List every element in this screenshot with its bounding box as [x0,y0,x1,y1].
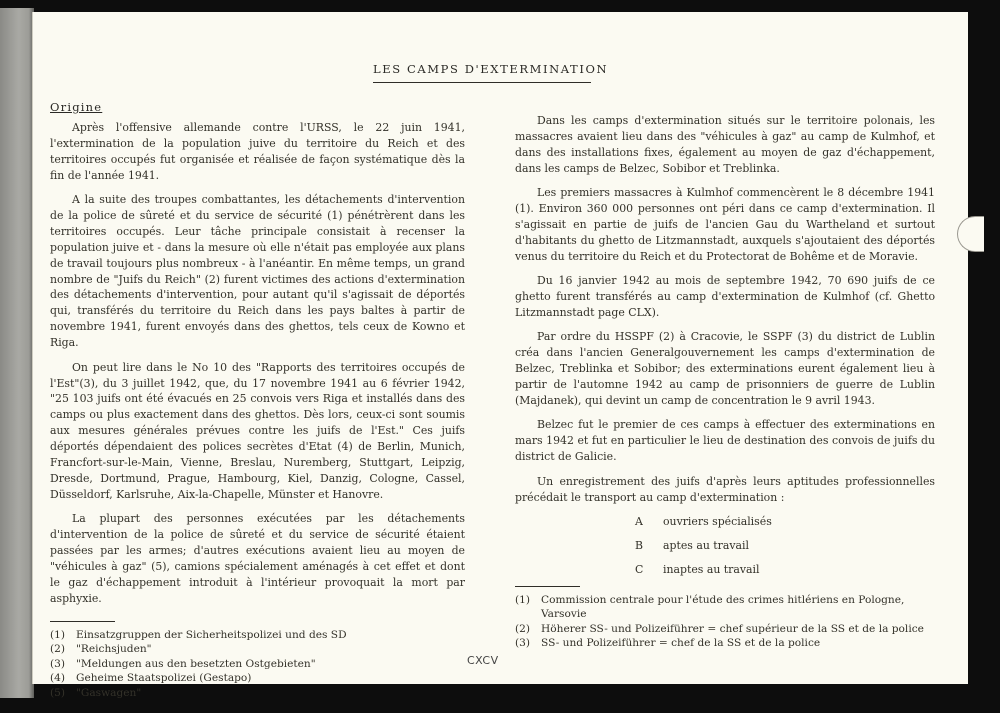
category-text: aptes au travail [663,538,749,554]
facing-page-edge [0,8,34,698]
footnote: (2)"Reichsjuden" [50,642,465,657]
footnote-divider [50,621,115,622]
page-number: CXCV [467,654,499,667]
footnote-text: SS- und Polizeiführer = chef de la SS et… [541,636,820,651]
category-item: Aouvriers spécialisés [635,514,935,530]
footnote-number: (2) [50,642,76,657]
paragraph: A la suite des troupes combattantes, les… [50,192,465,351]
paragraph: Un enregistrement des juifs d'après leur… [515,474,935,506]
footnote-number: (5) [50,686,76,701]
footnote: (3)"Meldungen aus den besetzten Ostgebie… [50,657,465,672]
footnote: (4)Geheime Staatspolizei (Gestapo) [50,671,465,686]
footnote-number: (3) [50,657,76,672]
footnote-text: Höherer SS- und Polizeiführer = chef sup… [541,622,924,637]
footnote: (5)"Gaswagen" [50,686,465,701]
category-letter: A [635,514,663,530]
paragraph: Après l'offensive allemande contre l'URS… [50,120,465,184]
footnotes: (1)Commission centrale pour l'étude des … [515,593,935,651]
category-letter: B [635,538,663,554]
paragraph: La plupart des personnes exécutées par l… [50,511,465,606]
right-column: Dans les camps d'extermination situés su… [515,113,935,651]
paragraph: Du 16 janvier 1942 au mois de septembre … [515,273,935,321]
section-title: Origine [50,100,465,116]
category-item: Baptes au travail [635,538,935,554]
category-text: inaptes au travail [663,562,760,578]
footnote-text: Geheime Staatspolizei (Gestapo) [76,671,251,686]
footnote: (1)Einsatzgruppen der Sicherheitspolizei… [50,628,465,643]
footnotes: (1)Einsatzgruppen der Sicherheitspolizei… [50,628,465,701]
footnote-number: (1) [50,628,76,643]
paragraph: Les premiers massacres à Kulmhof commenc… [515,185,935,265]
footnote-number: (2) [515,622,541,637]
footnote-text: "Gaswagen" [76,686,141,701]
footnote-text: Commission centrale pour l'étude des cri… [541,593,935,622]
paragraph: Par ordre du HSSPF (2) à Cracovie, le SS… [515,329,935,409]
footnote-text: "Meldungen aus den besetzten Ostgebieten… [76,657,316,672]
running-title: LES CAMPS D'EXTERMINATION [373,62,591,83]
category-list: Aouvriers spécialisés Baptes au travail … [515,514,935,578]
category-item: Cinaptes au travail [635,562,935,578]
scan-background [968,10,1000,690]
category-text: ouvriers spécialisés [663,514,772,530]
paragraph: Dans les camps d'extermination situés su… [515,113,935,177]
footnote-number: (4) [50,671,76,686]
footnote: (2)Höherer SS- und Polizeiführer = chef … [515,622,935,637]
footnote: (3)SS- und Polizeiführer = chef de la SS… [515,636,935,651]
footnote: (1)Commission centrale pour l'étude des … [515,593,935,622]
footnote-text: "Reichsjuden" [76,642,152,657]
footnote-text: Einsatzgruppen der Sicherheitspolizei un… [76,628,347,643]
footnote-number: (1) [515,593,541,622]
footnote-divider [515,586,580,587]
left-column: Origine Après l'offensive allemande cont… [50,100,465,700]
paragraph: On peut lire dans le No 10 des "Rapports… [50,360,465,503]
paragraph: Belzec fut le premier de ces camps à eff… [515,417,935,465]
category-letter: C [635,562,663,578]
footnote-number: (3) [515,636,541,651]
